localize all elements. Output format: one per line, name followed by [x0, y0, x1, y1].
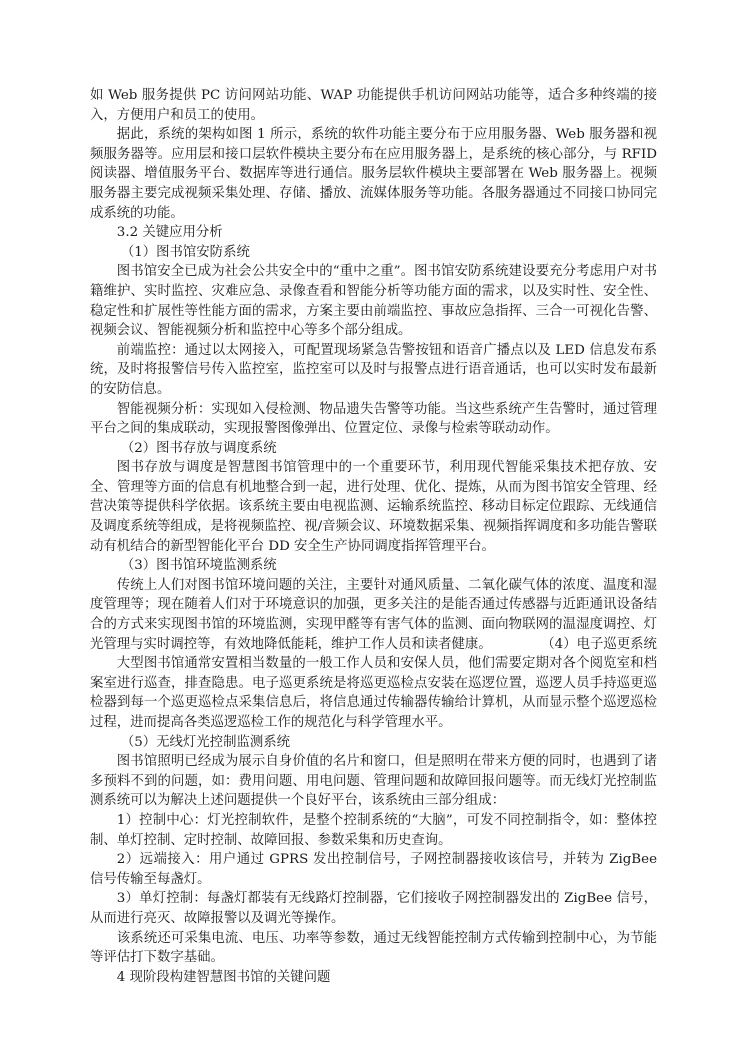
paragraph-patrol-system: 大型图书馆通常安置相当数量的一般工作人员和安保人员，他们需要定期对各个阅览室和档… — [90, 654, 657, 732]
list-item-single-lamp: 3）单灯控制：每盏灯都装有无线路灯控制器，它们接收子网控制器发出的 ZigBee… — [90, 889, 657, 928]
paragraph-lighting-overview: 图书馆照明已经成为展示自身价值的名片和窗口，但是照明在带来方便的同时，也遇到了诸… — [90, 752, 657, 811]
subheading-security-system: （1）图书馆安防系统 — [90, 243, 657, 263]
subheading-environment-monitoring: （3）图书馆环境监测系统 — [90, 556, 657, 576]
paragraph-storage-dispatch: 图书存放与调度是智慧图书馆管理中的一个重要环节，利用现代智能采集技术把存放、安全… — [90, 458, 657, 556]
paragraph-parameter-collection: 该系统还可采集电流、电压、功率等参数，通过无线智能控制方式传输到控制中心，为节能… — [90, 929, 657, 968]
paragraph-video-analysis: 智能视频分析：实现如入侵检测、物品遗失告警等功能。当这些系统产生告警时，通过管理… — [90, 400, 657, 439]
subheading-wireless-lighting: （5）无线灯光控制监测系统 — [90, 733, 657, 753]
section-heading-3-2: 3.2 关键应用分析 — [90, 223, 657, 243]
section-heading-4: 4 现阶段构建智慧图书馆的关键问题 — [90, 968, 657, 988]
paragraph-architecture: 据此，系统的架构如图 1 所示，系统的软件功能主要分布于应用服务器、Web 服务… — [90, 125, 657, 223]
subheading-storage-dispatch: （2）图书存放与调度系统 — [90, 439, 657, 459]
paragraph-web-services: 如 Web 服务提供 PC 访问网站功能、WAP 功能提供手机访问网站功能等，适… — [90, 86, 657, 125]
paragraph-environment-monitoring: 传统上人们对图书馆环境问题的关注，主要针对通风质量、二氧化碳气体的浓度、温度和湿… — [90, 576, 657, 654]
paragraph-security-overview: 图书馆安全已成为社会公共安全中的“重中之重”。图书馆安防系统建设要充分考虑用户对… — [90, 262, 657, 340]
paragraph-frontend-monitoring: 前端监控：通过以太网接入，可配置现场紧急告警按钮和语音广播点以及 LED 信息发… — [90, 341, 657, 400]
list-item-control-center: 1）控制中心：灯光控制软件，是整个控制系统的“大脑”，可发不同控制指令，如：整体… — [90, 811, 657, 850]
list-item-remote-access: 2）远端接入：用户通过 GPRS 发出控制信号，子网控制器接收该信号，并转为 Z… — [90, 850, 657, 889]
document-page: 如 Web 服务提供 PC 访问网站功能、WAP 功能提供手机访问网站功能等，适… — [90, 86, 657, 987]
subheading-patrol-system: （4）电子巡更系统 — [548, 637, 657, 652]
